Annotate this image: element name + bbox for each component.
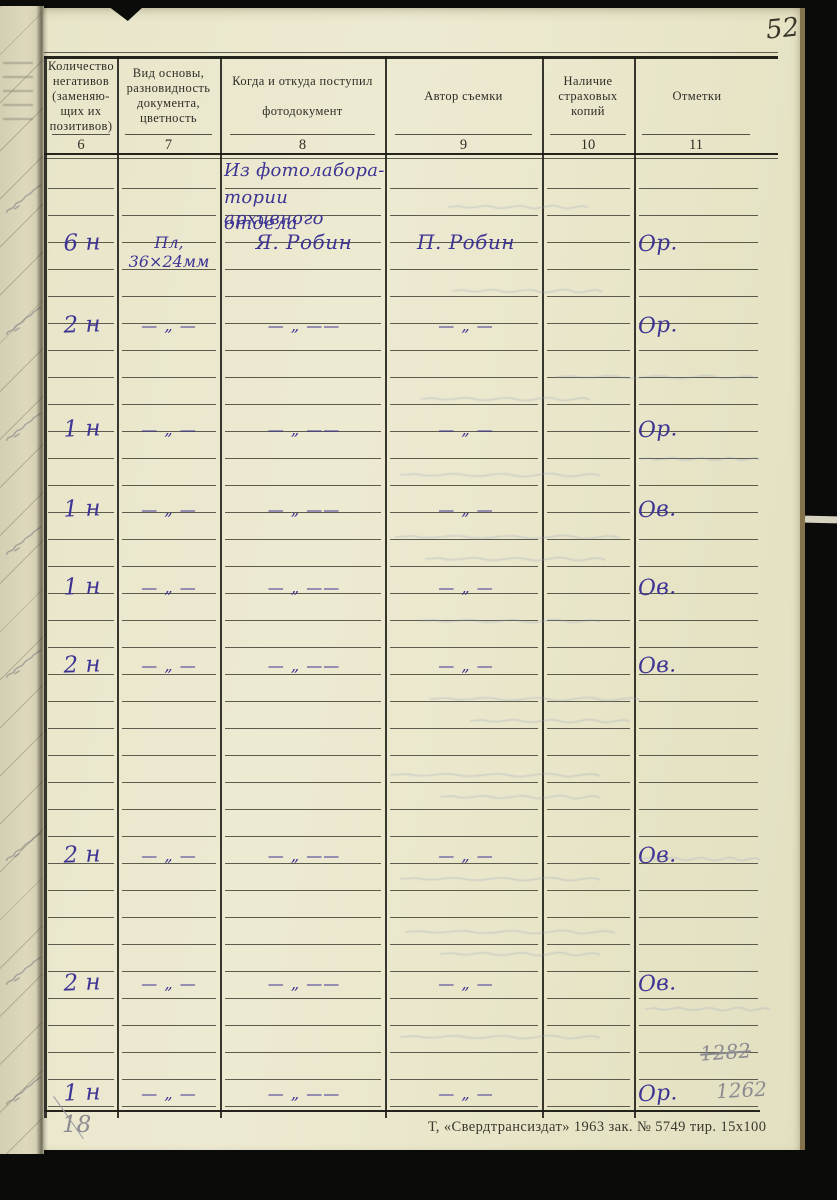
printer-imprint: Т, «Свердтрансиздат» 1963 зак. № 5749 ти… bbox=[428, 1119, 766, 1136]
ink-bleedthrough bbox=[556, 370, 756, 384]
ink-bleedthrough bbox=[640, 452, 760, 466]
col-header-8: Когда и откуда поступил фотодокумент bbox=[222, 62, 383, 130]
ink-bleedthrough bbox=[645, 1002, 770, 1016]
col-header-6: Количество негативов (заменяю- щих их по… bbox=[46, 62, 116, 130]
header-bottom-line-thin bbox=[44, 158, 778, 159]
qty-negatives: 1 н bbox=[50, 415, 115, 443]
col-number-10: 10 bbox=[550, 134, 626, 157]
ditto-mark: — „ — bbox=[118, 578, 220, 597]
ink-bleedthrough bbox=[430, 692, 640, 706]
marks: Ов. bbox=[637, 572, 728, 602]
ditto-mark: — „ —— bbox=[226, 316, 382, 335]
ditto-mark: — „ — bbox=[118, 1084, 220, 1103]
col-header-11: Отметки bbox=[636, 62, 758, 130]
showthrough-print-line bbox=[3, 62, 33, 64]
ditto-mark: — „ — bbox=[392, 1084, 540, 1103]
marks: Ов. bbox=[637, 968, 728, 998]
table-row: 2 н — „ — — „ —— — „ — Ор. bbox=[0, 312, 837, 344]
author: П. Робин bbox=[392, 230, 540, 254]
col-number-6: 6 bbox=[52, 134, 110, 157]
marks: Ов. bbox=[637, 650, 728, 680]
qty-negatives: 2 н bbox=[50, 841, 115, 869]
ditto-mark: — „ — bbox=[392, 578, 540, 597]
qty-negatives: 6 н bbox=[50, 229, 115, 257]
ditto-mark: — „ — bbox=[118, 974, 220, 993]
marks: Ор. bbox=[637, 228, 728, 258]
table-row: 1 н — „ — — „ —— — „ — Ор. bbox=[0, 1080, 837, 1112]
ditto-mark: — „ — bbox=[392, 500, 540, 519]
ink-bleedthrough bbox=[420, 392, 590, 406]
ink-bleedthrough bbox=[448, 200, 588, 214]
table-row: 6 н Пл, 36×24мм Я. Робин П. Робин Ор. bbox=[0, 230, 837, 262]
ditto-mark: — „ — bbox=[118, 420, 220, 439]
ink-bleedthrough bbox=[452, 284, 602, 298]
origin-note-line-1: Из фотолабора- bbox=[224, 160, 392, 181]
pencil-number: 1262 bbox=[715, 1077, 767, 1104]
qty-negatives: 2 н bbox=[50, 651, 115, 679]
col-number-9: 9 bbox=[395, 134, 532, 157]
ditto-mark: — „ —— bbox=[226, 846, 382, 865]
col-number-11: 11 bbox=[642, 134, 750, 157]
qty-negatives: 1 н bbox=[50, 495, 115, 523]
ditto-mark: — „ — bbox=[392, 974, 540, 993]
page-number: 52 bbox=[765, 12, 801, 45]
table-row: 2 н — „ — — „ —— — „ — Ов. bbox=[0, 652, 837, 684]
showthrough-print-line bbox=[3, 118, 33, 120]
marks: Ор. bbox=[637, 414, 728, 444]
ink-bleedthrough bbox=[425, 552, 605, 566]
received-from: Я. Робин bbox=[226, 230, 382, 254]
table-top-line-thin bbox=[44, 52, 778, 53]
table-top-line bbox=[44, 56, 778, 59]
ditto-mark: — „ —— bbox=[226, 1084, 382, 1103]
ditto-mark: — „ — bbox=[118, 656, 220, 675]
table-row: 1 н — „ — — „ —— — „ — Ор. bbox=[0, 416, 837, 448]
base-type: Пл, 36×24мм bbox=[118, 233, 220, 271]
col-header-9: Автор съемки bbox=[387, 62, 540, 130]
pencil-number-crossed: 1282 bbox=[699, 1038, 751, 1065]
ditto-mark: — „ — bbox=[392, 846, 540, 865]
ink-bleedthrough bbox=[400, 1030, 600, 1044]
ink-bleedthrough bbox=[405, 925, 615, 939]
ditto-mark: — „ — bbox=[118, 316, 220, 335]
ditto-mark: — „ — bbox=[118, 846, 220, 865]
ink-bleedthrough bbox=[395, 530, 620, 544]
qty-negatives: 2 н bbox=[50, 969, 115, 997]
ink-bleedthrough bbox=[440, 947, 600, 961]
table-row: 1 н — „ — — „ —— — „ — Ов. bbox=[0, 574, 837, 606]
qty-negatives: 2 н bbox=[50, 311, 115, 339]
ink-bleedthrough bbox=[470, 714, 630, 728]
ink-bleedthrough bbox=[400, 872, 600, 886]
marks: Ов. bbox=[637, 494, 728, 524]
col-number-8: 8 bbox=[230, 134, 375, 157]
col-header-10: Наличие страховых копий bbox=[544, 62, 632, 130]
showthrough-print-line bbox=[3, 104, 33, 106]
showthrough-print-line bbox=[3, 76, 33, 78]
col-number-7: 7 bbox=[125, 134, 212, 157]
ditto-mark: — „ — bbox=[392, 316, 540, 335]
ink-bleedthrough bbox=[440, 790, 600, 804]
marks: Ор. bbox=[637, 310, 728, 340]
ink-bleedthrough bbox=[390, 768, 600, 782]
ditto-mark: — „ — bbox=[392, 656, 540, 675]
ditto-mark: — „ —— bbox=[226, 656, 382, 675]
ditto-mark: — „ —— bbox=[226, 500, 382, 519]
ditto-mark: — „ —— bbox=[226, 578, 382, 597]
ink-bleedthrough bbox=[400, 468, 600, 482]
scanned-register-page: 52 Количество негативов (заменяю- щих их… bbox=[0, 0, 837, 1200]
ink-bleedthrough bbox=[640, 852, 760, 866]
table-row: 2 н — „ — — „ —— — „ — Ов. bbox=[0, 970, 837, 1002]
ditto-mark: — „ — bbox=[118, 500, 220, 519]
col-header-7: Вид основы, разновидность документа, цве… bbox=[119, 62, 218, 130]
ditto-mark: — „ — bbox=[392, 420, 540, 439]
qty-negatives: 1 н bbox=[50, 573, 115, 601]
table-row: 1 н — „ — — „ —— — „ — Ов. bbox=[0, 496, 837, 528]
ditto-mark: — „ —— bbox=[226, 974, 382, 993]
ditto-mark: — „ —— bbox=[226, 420, 382, 439]
ink-bleedthrough bbox=[420, 614, 600, 628]
showthrough-print-line bbox=[3, 90, 33, 92]
